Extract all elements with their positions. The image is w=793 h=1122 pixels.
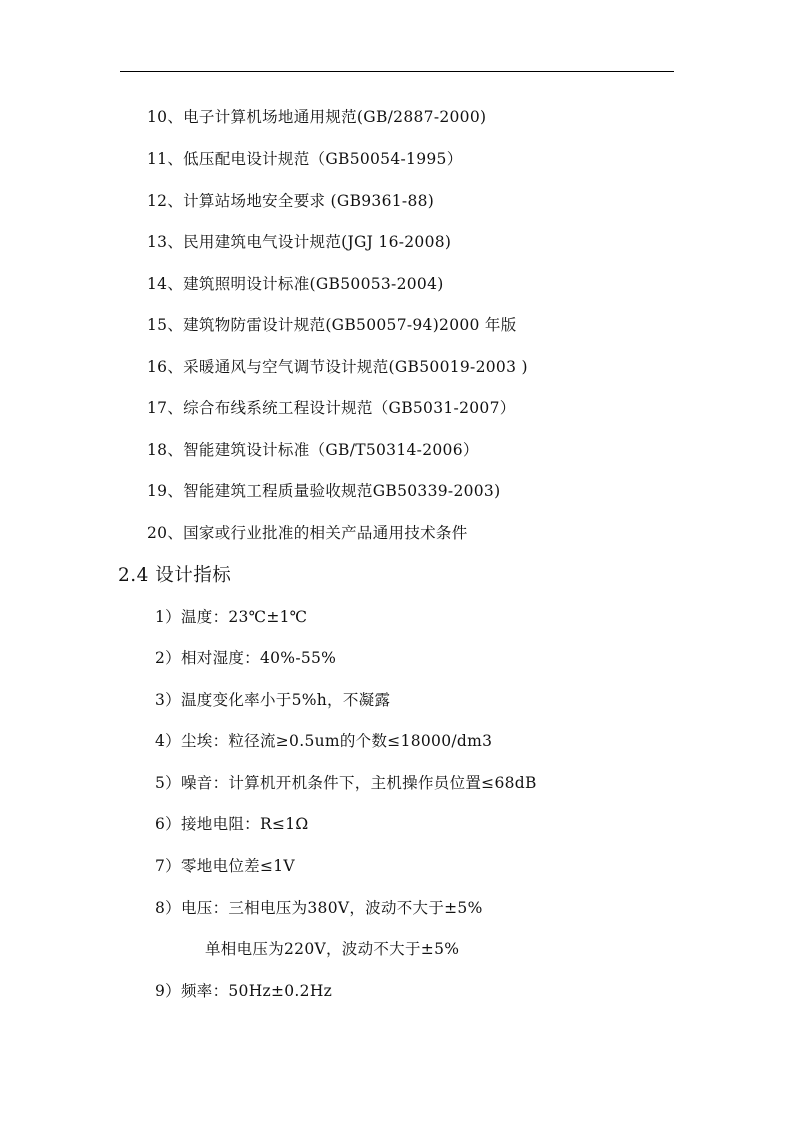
list-item: 17、综合布线系统工程设计规范（GB5031-2007） bbox=[147, 398, 516, 418]
item-text: 综合布线系统工程设计规范（GB5031-2007） bbox=[183, 399, 515, 417]
spec-item: 3）温度变化率小于5%h，不凝露 bbox=[155, 690, 390, 710]
item-text: 相对湿度：40%-55% bbox=[181, 649, 336, 667]
item-text: 智能建筑工程质量验收规范GB50339-2003) bbox=[183, 482, 500, 500]
item-number: 6） bbox=[155, 815, 181, 833]
item-text: 温度变化率小于5%h，不凝露 bbox=[181, 691, 390, 709]
list-item: 15、建筑物防雷设计规范(GB50057-94)2000 年版 bbox=[147, 315, 517, 335]
item-number: 7） bbox=[155, 857, 181, 875]
spec-item-continuation: 单相电压为220V，波动不大于±5% bbox=[205, 939, 459, 959]
item-text: 建筑物防雷设计规范(GB50057-94)2000 年版 bbox=[183, 316, 516, 334]
spec-item: 2）相对湿度：40%-55% bbox=[155, 648, 336, 668]
item-text: 建筑照明设计标准(GB50053-2004) bbox=[183, 275, 443, 293]
item-number: 13、 bbox=[147, 233, 183, 251]
section-heading: 2.4 设计指标 bbox=[118, 565, 231, 587]
item-number: 4） bbox=[155, 732, 181, 750]
list-item: 19、智能建筑工程质量验收规范GB50339-2003) bbox=[147, 481, 500, 501]
spec-item: 1）温度：23℃±1℃ bbox=[155, 607, 307, 627]
item-text: 采暖通风与空气调节设计规范(GB50019-2003 ) bbox=[183, 358, 528, 376]
spec-item: 9）频率：50Hz±0.2Hz bbox=[155, 981, 332, 1001]
list-item: 16、采暖通风与空气调节设计规范(GB50019-2003 ) bbox=[147, 357, 528, 377]
item-number: 16、 bbox=[147, 358, 183, 376]
list-item: 12、计算站场地安全要求 (GB9361-88) bbox=[147, 191, 434, 211]
item-text: 单相电压为220V，波动不大于±5% bbox=[205, 940, 459, 958]
page-header-rule bbox=[120, 71, 674, 72]
item-text: 计算站场地安全要求 (GB9361-88) bbox=[183, 192, 434, 210]
spec-item: 7）零地电位差≤1V bbox=[155, 856, 295, 876]
list-item: 13、民用建筑电气设计规范(JGJ 16-2008) bbox=[147, 232, 451, 252]
item-number: 5） bbox=[155, 774, 181, 792]
item-number: 20、 bbox=[147, 524, 183, 542]
item-text: 频率：50Hz±0.2Hz bbox=[181, 982, 332, 1000]
list-item: 20、国家或行业批准的相关产品通用技术条件 bbox=[147, 523, 468, 543]
item-text: 国家或行业批准的相关产品通用技术条件 bbox=[183, 524, 467, 542]
item-number: 18、 bbox=[147, 441, 183, 459]
item-number: 2） bbox=[155, 649, 181, 667]
item-text: 民用建筑电气设计规范(JGJ 16-2008) bbox=[183, 233, 451, 251]
list-item: 11、低压配电设计规范（GB50054-1995） bbox=[147, 149, 463, 169]
list-item: 14、建筑照明设计标准(GB50053-2004) bbox=[147, 274, 444, 294]
item-text: 电压：三相电压为380V，波动不大于±5% bbox=[181, 899, 483, 917]
spec-item: 5）噪音：计算机开机条件下，主机操作员位置≤68dB bbox=[155, 773, 537, 793]
item-number: 14、 bbox=[147, 275, 183, 293]
list-item: 18、智能建筑设计标准（GB/T50314-2006） bbox=[147, 440, 479, 460]
spec-item: 6）接地电阻：R≤1Ω bbox=[155, 814, 309, 834]
spec-item: 4）尘埃：粒径流≥0.5um的个数≤18000/dm3 bbox=[155, 731, 492, 751]
item-number: 17、 bbox=[147, 399, 183, 417]
item-number: 12、 bbox=[147, 192, 183, 210]
item-text: 零地电位差≤1V bbox=[181, 857, 295, 875]
item-text: 电子计算机场地通用规范(GB/2887-2000) bbox=[183, 108, 486, 126]
item-text: 噪音：计算机开机条件下，主机操作员位置≤68dB bbox=[181, 774, 537, 792]
item-number: 19、 bbox=[147, 482, 183, 500]
item-text: 温度：23℃±1℃ bbox=[181, 608, 307, 626]
item-number: 9） bbox=[155, 982, 181, 1000]
item-number: 3） bbox=[155, 691, 181, 709]
item-number: 11、 bbox=[147, 150, 183, 168]
item-text: 接地电阻：R≤1Ω bbox=[181, 815, 309, 833]
item-text: 智能建筑设计标准（GB/T50314-2006） bbox=[183, 441, 479, 459]
list-item: 10、电子计算机场地通用规范(GB/2887-2000) bbox=[147, 107, 486, 127]
item-text: 低压配电设计规范（GB50054-1995） bbox=[183, 150, 462, 168]
item-number: 8） bbox=[155, 899, 181, 917]
item-text: 尘埃：粒径流≥0.5um的个数≤18000/dm3 bbox=[181, 732, 492, 750]
item-number: 1） bbox=[155, 608, 181, 626]
item-number: 10、 bbox=[147, 108, 183, 126]
spec-item: 8）电压：三相电压为380V，波动不大于±5% bbox=[155, 898, 483, 918]
item-number: 15、 bbox=[147, 316, 183, 334]
